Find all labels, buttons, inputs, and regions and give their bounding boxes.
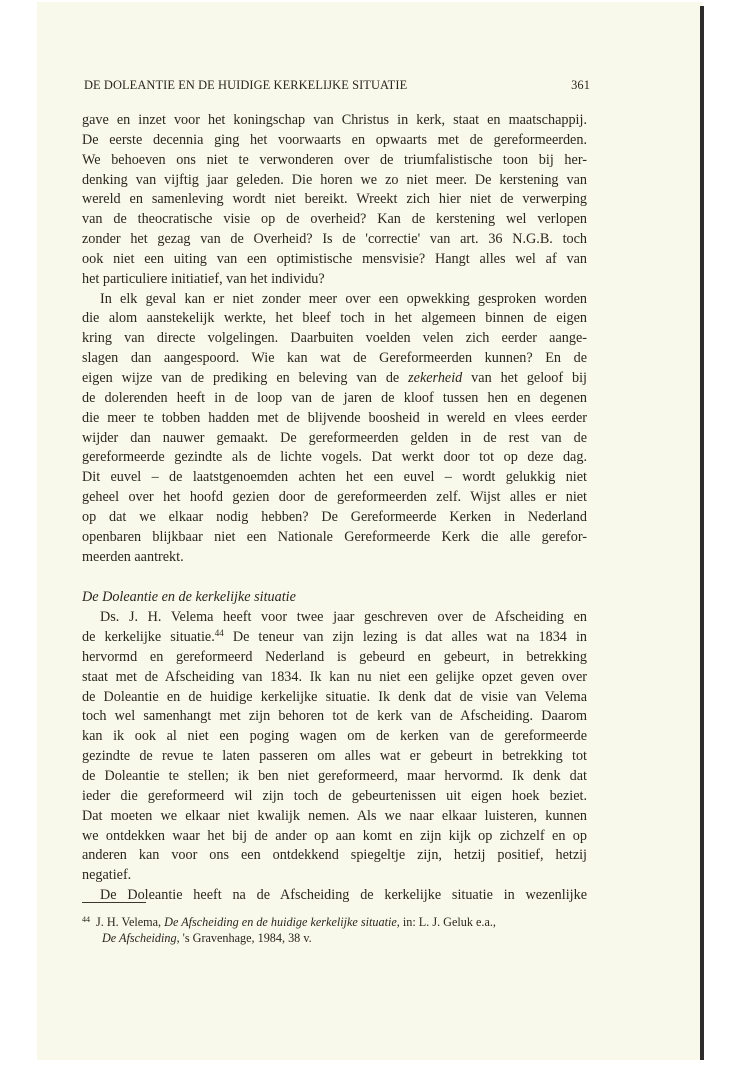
footnote-line: De Afscheiding, 's Gravenhage, 1984, 38 … (82, 931, 592, 947)
text-line: slagen dan aangespoord. Wie kan wat de G… (82, 349, 587, 369)
text-line: kan ik ook al niet een poging wagen om d… (82, 727, 587, 747)
text-line: De eerste decennia ging het voorwaarts e… (82, 131, 587, 151)
text-line: meerden aantrekt. (82, 548, 587, 568)
page-number: 361 (571, 78, 590, 93)
text-line: zonder het gezag van de Overheid? Is de … (82, 230, 587, 250)
text-line: op dat we elkaar nodig hebben? De Gerefo… (82, 508, 587, 528)
text-line: het particuliere initiatief, van het ind… (82, 270, 587, 290)
text-line: ook niet een uiting van een optimistisch… (82, 250, 587, 270)
text-line: negatief. (82, 866, 587, 886)
text-line: wereld en samenleving wordt niet bereikt… (82, 190, 587, 210)
footnote-title: De Afscheiding en de huidige kerkelijke … (164, 915, 397, 929)
text-line: gezindte de revue te laten passeren om a… (82, 747, 587, 767)
paragraph-3: Ds. J. H. Velema heeft voor twee jaar ge… (82, 608, 587, 886)
text-line: geheel over het hoofd gezien door de ger… (82, 488, 587, 508)
text-line: die alom aanstekelijk werkte, het bleef … (82, 309, 587, 329)
footnote-author: J. H. Velema, (96, 915, 164, 929)
footnote-reference[interactable]: 44 (215, 628, 224, 638)
text-line: staat met de Afscheiding van 1834. Ik ka… (82, 668, 587, 688)
emphasis-zekerheid: zekerheid (408, 370, 462, 386)
text-line: ieder die gereformeerd wil zijn toch de … (82, 787, 587, 807)
footnote-number: 44 (82, 915, 90, 924)
text-span: De teneur van zijn lezing is dat alles w… (224, 629, 587, 645)
text-line: We behoeven ons niet te verwonderen over… (82, 151, 587, 171)
text-line: denking van vijftig jaar geleden. Die ho… (82, 171, 587, 191)
text-line: gereformeerde gezindte als de lichte vog… (82, 448, 587, 468)
text-line: De Doleantie heeft na de Afscheiding de … (82, 886, 587, 906)
running-head: DE DOLEANTIE EN DE HUIDIGE KERKELIJKE SI… (84, 78, 590, 96)
page-edge-shadow (700, 6, 704, 1060)
footnote-text: , 's Gravenhage, 1984, 38 v. (177, 931, 312, 945)
footnote-text: , in: L. J. Geluk e.a., (397, 915, 496, 929)
text-span: de kerkelijke situatie. (82, 629, 215, 645)
text-line: van de theocratische visie op de overhei… (82, 210, 587, 230)
section-heading: De Doleantie en de kerkelijke situatie (82, 588, 587, 608)
text-line: anderen kan voor ons een ontdekkend spie… (82, 846, 587, 866)
text-line: de dolerenden heeft in de loop van de ja… (82, 389, 587, 409)
text-line: Ds. J. H. Velema heeft voor twee jaar ge… (82, 608, 587, 628)
text-line: de Doleantie te stellen; ik ben niet ger… (82, 767, 587, 787)
text-span: eigen wijze van de prediking en beleving… (82, 370, 408, 386)
text-line: wijder dan nauwer gemaakt. De gereformee… (82, 429, 587, 449)
text-line: kring van directe volgelingen. Daarbuite… (82, 329, 587, 349)
text-line: we ontdekken waar het bij de ander op aa… (82, 827, 587, 847)
text-line: de Doleantie en de huidige kerkelijke si… (82, 688, 587, 708)
text-line: openbaren blijkbaar niet een Nationale G… (82, 528, 587, 548)
paragraph-4: De Doleantie heeft na de Afscheiding de … (82, 886, 587, 906)
section-spacer (82, 567, 587, 588)
footnote-separator (82, 902, 146, 903)
text-line: Dit euvel – de laatstgenoemden achten he… (82, 468, 587, 488)
text-line-with-footnote-ref: de kerkelijke situatie.44 De teneur van … (82, 628, 587, 648)
body-text: gave en inzet voor het koningschap van C… (82, 111, 587, 906)
footnote-44: 44J. H. Velema, De Afscheiding en de hui… (82, 912, 592, 946)
paragraph-1: gave en inzet voor het koningschap van C… (82, 111, 587, 290)
text-line: In elk geval kan er niet zonder meer ove… (82, 290, 587, 310)
running-head-title: DE DOLEANTIE EN DE HUIDIGE KERKELIJKE SI… (84, 78, 407, 93)
footnote-book-title: De Afscheiding (102, 931, 177, 945)
text-line: die meer te tobben hadden met de blijven… (82, 409, 587, 429)
text-line-with-emphasis: eigen wijze van de prediking en beleving… (82, 369, 587, 389)
footnote-line: 44J. H. Velema, De Afscheiding en de hui… (82, 912, 592, 931)
text-line: gave en inzet voor het koningschap van C… (82, 111, 587, 131)
text-span: van het geloof bij (462, 370, 587, 386)
text-line: hervormd en gereformeerd Nederland is ge… (82, 648, 587, 668)
text-line: Dat moeten we elkaar niet kwalijk nemen.… (82, 807, 587, 827)
paragraph-2: In elk geval kan er niet zonder meer ove… (82, 290, 587, 568)
text-line: toch wel samenhangt met zijn behoren tot… (82, 707, 587, 727)
